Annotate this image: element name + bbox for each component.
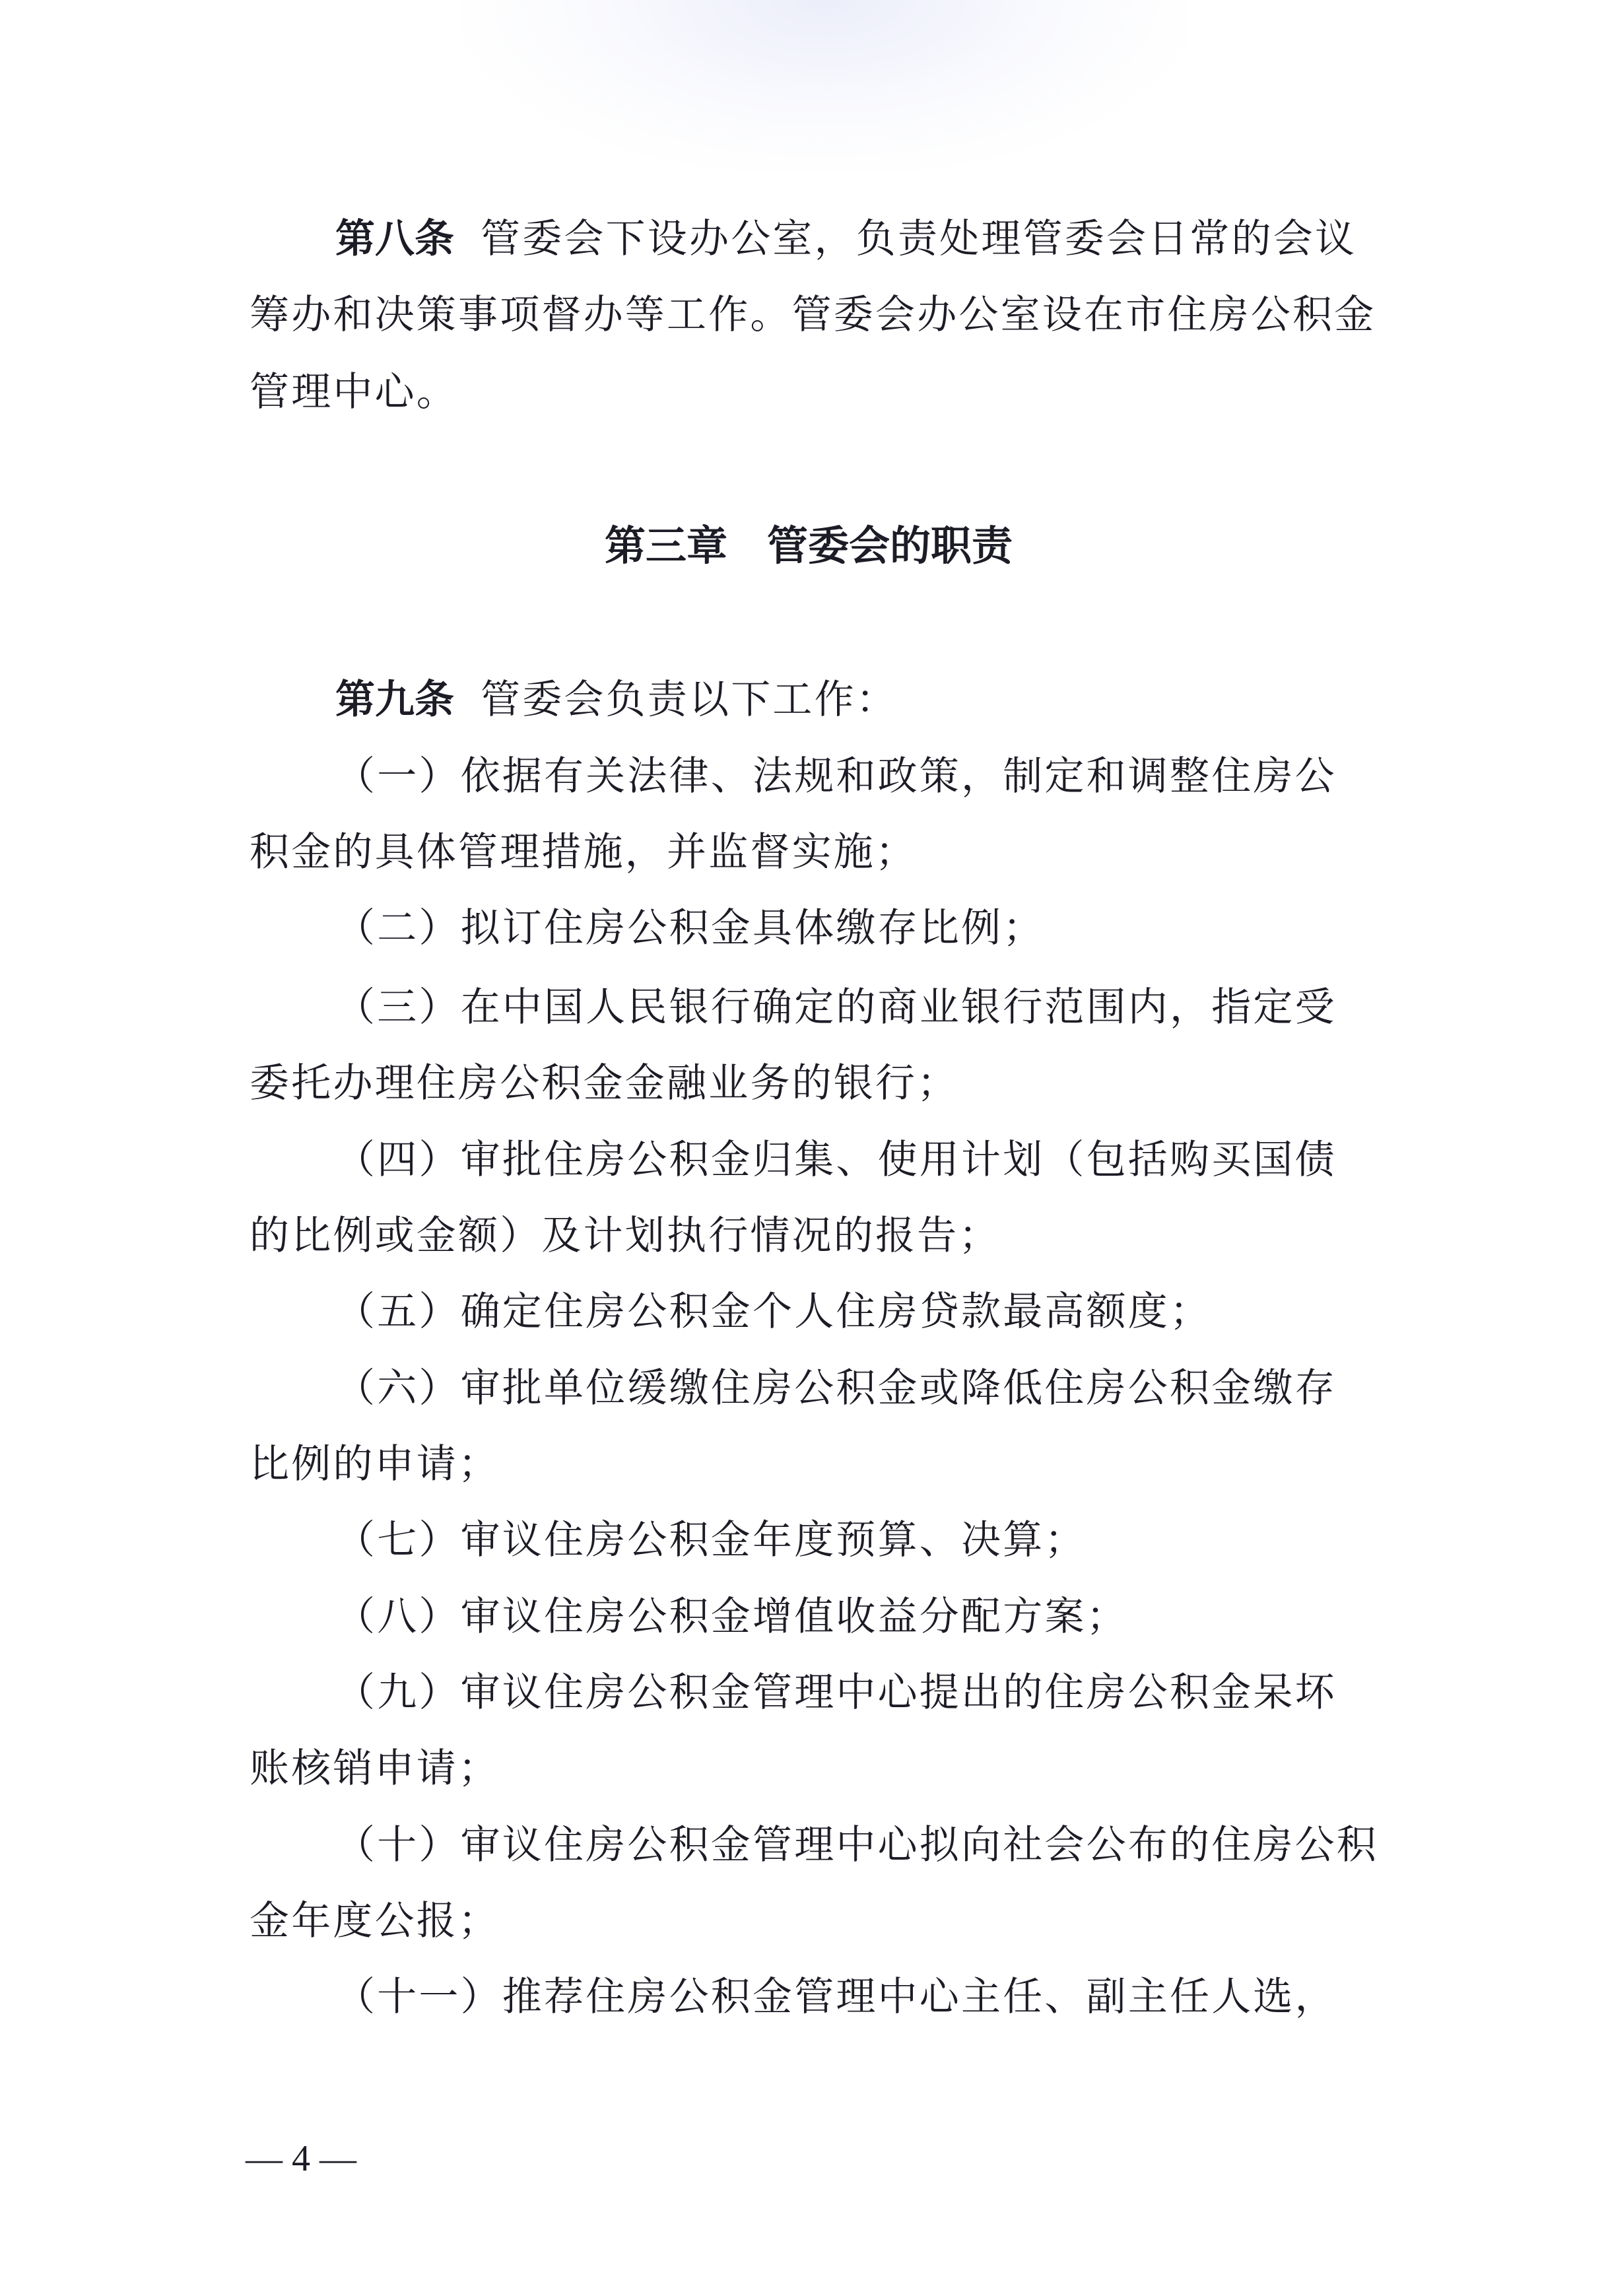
article-8-label: 第八条 (335, 216, 454, 262)
chapter-title: 管委会的职责 (767, 522, 1013, 570)
article-8-text: 管委会下设办公室，负责处理管委会日常的会议 (481, 216, 1357, 262)
item-11-line-1: （十一）推荐住房公积金管理中心主任、副主任人选， (335, 1971, 1337, 2023)
scan-tint (462, 0, 1188, 172)
article-9-label: 第九条 (335, 677, 454, 723)
page-number: — 4 — (246, 2139, 356, 2178)
item-1-line-2: 积金的具体管理措施，并监督实施； (250, 826, 917, 879)
item-4-line-2: 的比例或金额）及计划执行情况的报告； (250, 1209, 1001, 1262)
item-6-line-2: 比例的申请； (250, 1438, 500, 1491)
item-7-line-1: （七）审议住房公积金年度预算、决算； (335, 1514, 1087, 1567)
item-10-line-2: 金年度公报； (250, 1895, 500, 1947)
article-8-line-3: 管理中心。 (250, 366, 458, 419)
article-8-line-2: 筹办和决策事项督办等工作。管委会办公室设在市住房公积金 (250, 288, 1376, 341)
item-10-line-1: （十）审议住房公积金管理中心拟向社会公布的住房公积 (335, 1819, 1378, 1872)
item-2-line-1: （二）拟订住房公积金具体缴存比例； (335, 902, 1044, 955)
article-8-line-1: 第八条管委会下设办公室，负责处理管委会日常的会议 (335, 213, 1357, 265)
article-9-intro-text: 管委会负责以下工作： (481, 677, 898, 723)
chapter-heading: 第三章管委会的职责 (0, 516, 1608, 576)
item-4-line-1: （四）审批住房公积金归集、使用计划（包括购买国债 (335, 1133, 1337, 1186)
item-3-line-1: （三）在中国人民银行确定的商业银行范围内，指定受 (335, 981, 1337, 1034)
item-8-line-1: （八）审议住房公积金增值收益分配方案； (335, 1590, 1128, 1643)
item-3-line-2: 委托办理住房公积金金融业务的银行； (250, 1057, 958, 1110)
item-1-line-1: （一）依据有关法律、法规和政策，制定和调整住房公 (335, 750, 1337, 803)
item-5-line-1: （五）确定住房公积金个人住房贷款最高额度； (335, 1285, 1211, 1338)
chapter-number: 第三章 (605, 522, 727, 570)
article-9-intro: 第九条管委会负责以下工作： (335, 673, 898, 726)
item-9-line-2: 账核销申请； (250, 1742, 500, 1795)
item-6-line-1: （六）审批单位缓缴住房公积金或降低住房公积金缴存 (335, 1362, 1337, 1415)
item-9-line-1: （九）审议住房公积金管理中心提出的住房公积金呆坏 (335, 1666, 1337, 1719)
